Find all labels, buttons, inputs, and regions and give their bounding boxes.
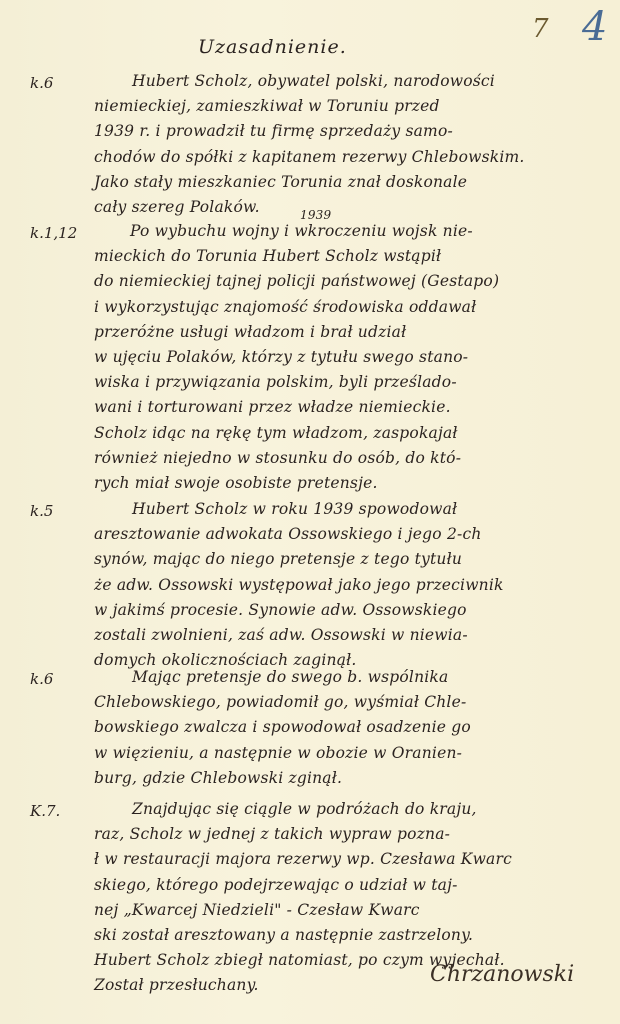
page-number-blue: 4 xyxy=(582,4,607,50)
text-line: cały szereg Polaków. xyxy=(94,198,260,216)
text-line: ski został aresztowany a następnie zastr… xyxy=(94,926,473,944)
text-line: że adw. Ossowski występował jako jego pr… xyxy=(94,576,504,594)
text-line: mieckich do Torunia Hubert Scholz wstąpi… xyxy=(94,247,441,265)
text-line: niemieckiej, zamieszkiwał w Toruniu prze… xyxy=(94,97,440,115)
text-line: burg, gdzie Chlebowski zginął. xyxy=(94,769,342,787)
text-line: wani i torturowani przez władze niemieck… xyxy=(94,398,451,416)
page-number-original: 7 xyxy=(532,14,549,44)
page-title: Uzasadnienie. xyxy=(198,36,347,58)
margin-note: 1939 xyxy=(300,208,331,222)
text-line: przeróżne usługi władzom i brał udział xyxy=(94,323,406,341)
text-line: również niejedno w stosunku do osób, do … xyxy=(94,449,461,467)
text-line: Scholz idąc na rękę tym władzom, zaspoka… xyxy=(94,424,458,442)
text-line: do niemieckiej tajnej policji państwowej… xyxy=(94,272,499,290)
text-line: ł w restauracji majora rezerwy wp. Czesł… xyxy=(94,850,512,868)
section-reference: k.6 xyxy=(30,670,53,688)
text-line: Hubert Scholz, obywatel polski, narodowo… xyxy=(132,72,495,90)
text-line: rych miał swoje osobiste pretensje. xyxy=(94,474,378,492)
text-line: domych okolicznościach zaginął. xyxy=(94,651,357,669)
signature: Chrzanowski xyxy=(430,962,574,987)
text-line: Po wybuchu wojny i wkroczeniu wojsk nie- xyxy=(130,222,473,240)
section-reference: k.1,12 xyxy=(30,224,77,242)
text-line: w ujęciu Polaków, którzy z tytułu swego … xyxy=(94,348,468,366)
text-line: 1939 r. i prowadził tu firmę sprzedaży s… xyxy=(94,122,453,140)
text-line: nej „Kwarcej Niedzieli" - Czesław Kwarc xyxy=(94,901,420,919)
text-line: aresztowanie adwokata Ossowskiego i jego… xyxy=(94,525,482,543)
text-line: w jakimś procesie. Synowie adw. Ossowski… xyxy=(94,601,467,619)
section-reference: k.5 xyxy=(30,502,53,520)
text-line: synów, mając do niego pretensje z tego t… xyxy=(94,550,462,568)
text-line: Hubert Scholz w roku 1939 spowodował xyxy=(132,500,457,518)
section-reference: k.6 xyxy=(30,74,53,92)
section-reference: K.7. xyxy=(30,802,60,820)
text-line: raz, Scholz w jednej z takich wypraw poz… xyxy=(94,825,450,843)
text-line: Chlebowskiego, powiadomił go, wyśmiał Ch… xyxy=(94,693,466,711)
text-line: chodów do spółki z kapitanem rezerwy Chl… xyxy=(94,148,525,166)
text-line: skiego, którego podejrzewając o udział w… xyxy=(94,876,458,894)
text-line: Znajdując się ciągle w podróżach do kraj… xyxy=(132,800,477,818)
text-line: wiska i przywiązania polskim, byli prześ… xyxy=(94,373,457,391)
text-line: Został przesłuchany. xyxy=(94,976,259,994)
text-line: i wykorzystując znajomość środowiska odd… xyxy=(94,298,476,316)
text-line: Mając pretensje do swego b. wspólnika xyxy=(132,668,448,686)
document-page: 7 4 Uzasadnienie. k.6Hubert Scholz, obyw… xyxy=(0,0,620,1024)
text-line: zostali zwolnieni, zaś adw. Ossowski w n… xyxy=(94,626,468,644)
text-line: w więzieniu, a następnie w obozie w Oran… xyxy=(94,744,462,762)
text-line: bowskiego zwalcza i spowodował osadzenie… xyxy=(94,718,471,736)
text-line: Jako stały mieszkaniec Torunia znał dosk… xyxy=(94,173,467,191)
